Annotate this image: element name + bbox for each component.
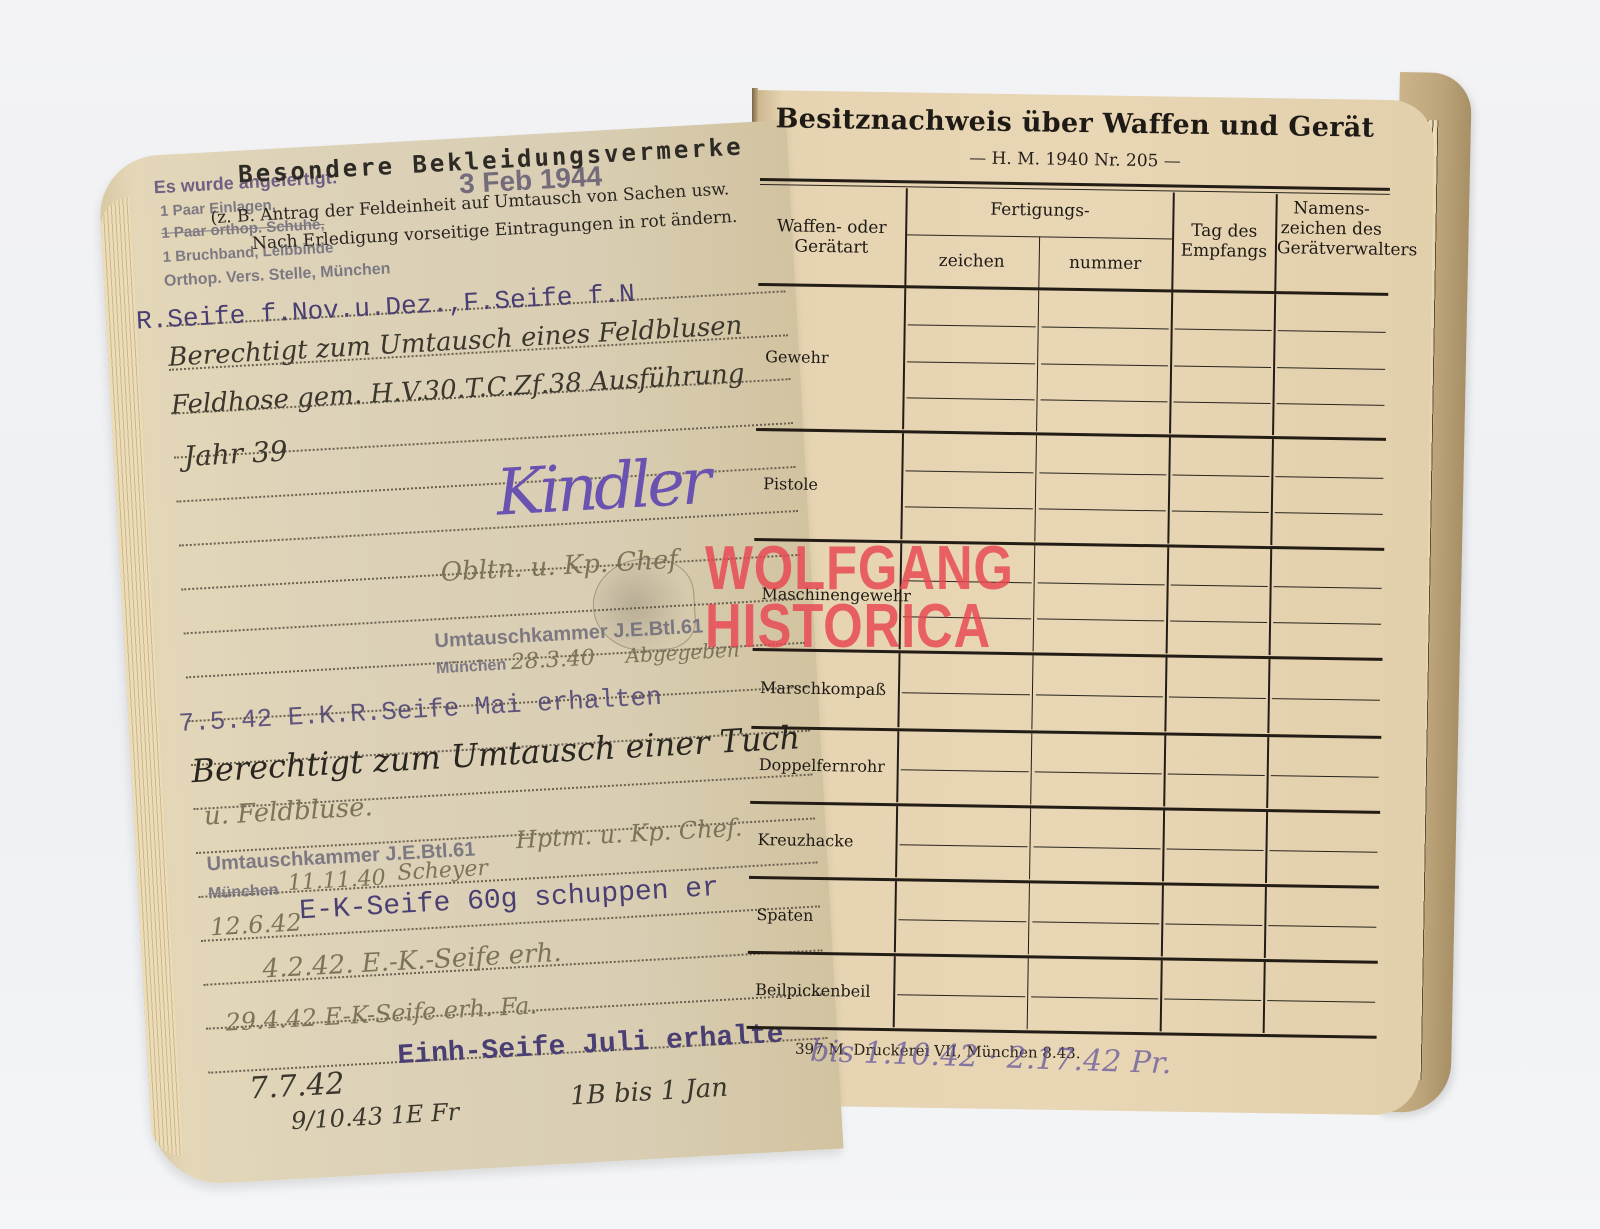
column-divider xyxy=(1266,737,1269,808)
cell-rule xyxy=(1271,775,1379,778)
column-divider xyxy=(896,731,899,802)
cell-rule xyxy=(1034,846,1161,849)
col-header-zeichen: zeichen xyxy=(907,250,1037,272)
column-divider xyxy=(1033,545,1036,651)
column-divider xyxy=(1028,883,1030,954)
row-divider xyxy=(750,801,1380,814)
cell-rule xyxy=(1170,620,1267,623)
row-divider xyxy=(751,726,1381,739)
col-header-group: Fertigungs- xyxy=(907,198,1172,222)
watermark-line1: WOLFGANG xyxy=(705,540,1014,598)
column-divider xyxy=(1263,962,1266,1033)
column-divider xyxy=(1269,549,1273,655)
cell-rule xyxy=(908,324,1036,327)
row-label: Pistole xyxy=(763,474,818,494)
cell-rule xyxy=(1274,586,1382,589)
column-divider xyxy=(1166,547,1170,653)
cell-rule xyxy=(901,769,1029,772)
cell-rule xyxy=(1039,472,1166,475)
cell-rule xyxy=(1037,618,1164,621)
cell-rule xyxy=(1038,582,1165,585)
column-divider xyxy=(895,806,898,877)
row-label: Spaten xyxy=(756,905,813,925)
row-divider xyxy=(758,283,1388,296)
column-divider xyxy=(900,433,904,539)
cell-rule xyxy=(1165,923,1262,926)
cell-rule xyxy=(1172,511,1269,514)
column-divider xyxy=(1167,437,1171,543)
cell-rule xyxy=(1041,399,1168,402)
handwritten-date: 7.7.42 xyxy=(248,1066,345,1106)
col-header-date: Tag des Empfangs xyxy=(1174,221,1275,263)
cell-rule xyxy=(1174,366,1271,369)
cell-rule xyxy=(1167,848,1264,851)
cell-rule xyxy=(1278,330,1386,333)
cell-rule xyxy=(905,470,1033,473)
column-divider xyxy=(1164,657,1167,731)
cell-rule xyxy=(1035,771,1162,774)
row-divider xyxy=(756,428,1386,441)
cell-rule xyxy=(1041,363,1168,366)
cell-rule xyxy=(1032,921,1159,924)
column-divider xyxy=(1031,655,1033,729)
exchange-stamp-note: Scheyer xyxy=(397,856,489,886)
column-divider xyxy=(894,881,897,952)
cell-rule xyxy=(897,994,1025,997)
cell-rule xyxy=(1275,512,1383,515)
cell-rule xyxy=(1169,696,1266,699)
cell-rule xyxy=(900,844,1028,847)
col-header-sign: Namens-zeichen des Gerätverwalters xyxy=(1277,198,1386,260)
cell-rule xyxy=(1273,622,1381,625)
cell-rule xyxy=(1031,996,1158,999)
column-divider xyxy=(1163,735,1166,806)
column-divider xyxy=(1267,659,1270,733)
column-divider xyxy=(1272,294,1276,435)
cell-rule xyxy=(1168,773,1265,776)
column-divider xyxy=(1160,960,1163,1031)
handwritten-entry: Jahr 39 xyxy=(183,434,289,473)
cell-rule xyxy=(1172,475,1269,478)
cell-rule xyxy=(1042,326,1169,329)
column-divider xyxy=(897,653,900,727)
column-divider xyxy=(1169,292,1173,433)
column-divider xyxy=(1265,812,1268,883)
row-label: Doppelfernrohr xyxy=(759,755,885,776)
column-divider xyxy=(1264,887,1267,958)
cell-rule xyxy=(907,361,1035,364)
cell-rule xyxy=(1277,367,1385,370)
cell-rule xyxy=(1268,925,1376,928)
cell-rule xyxy=(902,692,1030,695)
cell-rule xyxy=(1039,508,1166,511)
watermark-line2: HISTORICA xyxy=(705,598,1014,656)
watermark: WOLFGANG HISTORICA xyxy=(705,540,1014,656)
row-label: Kreuzhacke xyxy=(757,830,853,851)
column-divider xyxy=(1161,885,1164,956)
column-divider xyxy=(1036,290,1039,431)
column-divider xyxy=(1034,435,1037,541)
column-divider xyxy=(1270,439,1274,545)
cell-rule xyxy=(1036,694,1163,697)
cell-rule xyxy=(1175,329,1272,332)
column-divider xyxy=(1029,808,1031,879)
exchange-stamp-date: 28.3.40 xyxy=(510,646,595,676)
column-divider xyxy=(902,288,906,429)
cell-rule xyxy=(1267,1000,1375,1003)
row-divider xyxy=(748,951,1378,964)
cell-rule xyxy=(1174,402,1271,405)
handwritten-date: 12.6.42 xyxy=(209,908,302,941)
cell-rule xyxy=(1171,585,1268,588)
row-label: Gewehr xyxy=(765,347,829,367)
cell-rule xyxy=(1272,698,1380,701)
row-divider xyxy=(749,876,1379,889)
cell-rule xyxy=(1269,850,1377,853)
cell-rule xyxy=(1275,476,1383,479)
col-header-type: Waffen- oder Gerätart xyxy=(759,216,905,258)
cell-rule xyxy=(907,397,1035,400)
column-divider xyxy=(1030,733,1032,804)
cell-rule xyxy=(1277,403,1385,406)
cell-rule xyxy=(1164,998,1261,1001)
column-divider xyxy=(1027,958,1029,1029)
column-divider xyxy=(1162,810,1165,881)
row-label: Marschkompaß xyxy=(760,678,886,699)
soldbuch-spread: Es wurde angefertigt: 1 Paar Einlagen, 1… xyxy=(0,0,1600,1229)
col-header-nummer: nummer xyxy=(1039,252,1172,274)
row-label: Beilpickenbeil xyxy=(755,980,870,1001)
cell-rule xyxy=(898,919,1026,922)
cell-rule xyxy=(905,506,1033,509)
officer-signature: Kindler xyxy=(494,445,709,531)
column-divider xyxy=(893,956,896,1027)
